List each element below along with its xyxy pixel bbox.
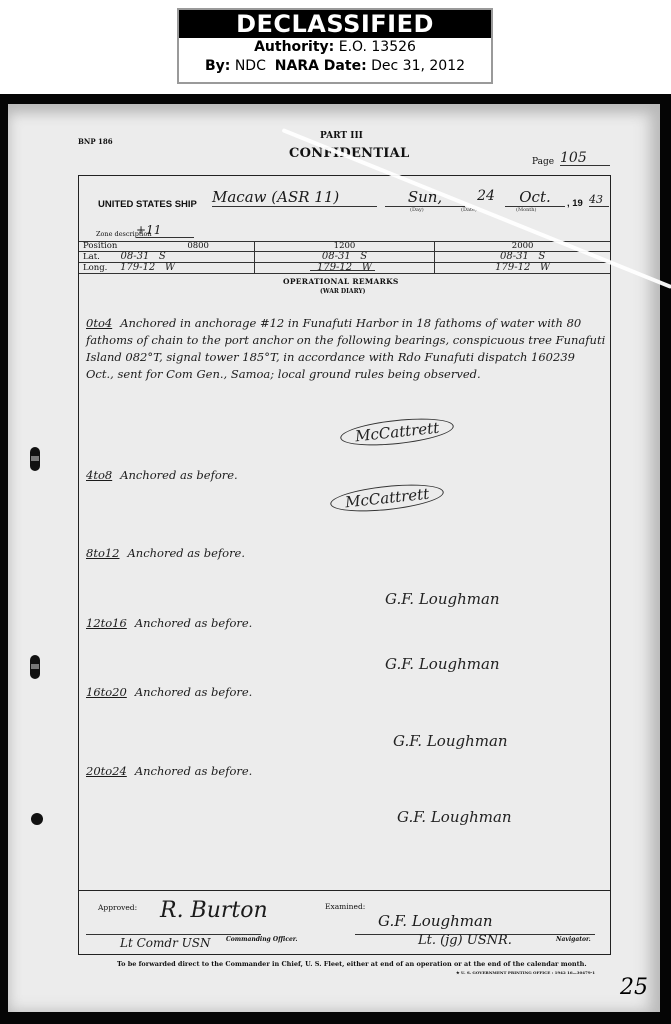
watch-period: 12to16	[86, 616, 127, 630]
long-2000: 179-12 W	[495, 262, 550, 273]
stamp-authority: Authority: E.O. 13526	[179, 38, 491, 57]
navigator-signature: G.F. Loughman	[378, 912, 493, 930]
footer-divider	[78, 890, 611, 891]
latitude-row: Lat. 08-31 S 08-31 S 08-31 S	[79, 252, 610, 263]
month-caption: (Month)	[516, 207, 536, 213]
commanding-officer-signature: R. Burton	[160, 898, 268, 923]
remark-text: Anchored as before.	[135, 764, 253, 778]
remark-text: Anchored as before.	[120, 468, 238, 482]
remarks-title: OPERATIONAL REMARKS	[283, 277, 399, 286]
remark-entry: 0to4Anchored in anchorage #12 in Funafut…	[86, 315, 606, 383]
position-label: Position	[83, 241, 117, 251]
zone-value: +11	[136, 223, 194, 238]
part-heading: PART III	[320, 131, 363, 141]
declassified-stamp: DECLASSIFIED Authority: E.O. 13526 By: N…	[177, 8, 493, 84]
remark-entry: 20to24Anchored as before.	[86, 763, 606, 780]
remark-entry: 16to20Anchored as before.	[86, 684, 606, 701]
archive-number: 25	[620, 975, 648, 1000]
signature: G.F. Loughman	[385, 655, 500, 673]
approved-label: Approved:	[98, 903, 137, 912]
signature: G.F. Loughman	[397, 808, 512, 826]
authority-value: E.O. 13526	[339, 39, 416, 55]
authority-label: Authority:	[254, 39, 334, 55]
remarks-subtitle: (WAR DIARY)	[320, 288, 366, 295]
punch-hole	[31, 813, 43, 825]
year-prefix: , 19	[567, 198, 583, 209]
lat-1200: 08-31 S	[322, 251, 367, 262]
co-signature-line	[86, 934, 261, 935]
stamp-title: DECLASSIFIED	[179, 10, 491, 38]
nara-date-label: NARA Date:	[275, 58, 367, 74]
punch-hole	[30, 447, 40, 471]
examined-label: Examined:	[325, 902, 365, 911]
remark-entry: 4to8Anchored as before.	[86, 467, 606, 484]
longitude-row: Long. 179-12 W 179-12 W 179-12 W	[79, 263, 610, 274]
stamp-by-date: By: NDC NARA Date: Dec 31, 2012	[179, 57, 491, 76]
long-0800: 179-12 W	[120, 262, 175, 273]
navigator-caption: Navigator.	[556, 936, 591, 943]
punch-hole	[30, 655, 40, 679]
commanding-officer-caption: Commanding Officer.	[226, 936, 297, 943]
remark-text: Anchored in anchorage #12 in Funafuti Ha…	[86, 316, 605, 381]
printing-office-note: ★ U. S. GOVERNMENT PRINTING OFFICE : 194…	[456, 970, 595, 975]
signature: G.F. Loughman	[393, 732, 508, 750]
lat-2000: 08-31 S	[500, 251, 545, 262]
ship-name: Macaw (ASR 11)	[212, 188, 377, 207]
long-1200: 179-12 W	[317, 262, 372, 273]
watch-period: 4to8	[86, 468, 112, 482]
day-caption: (Day)	[410, 207, 424, 213]
remark-entry: 8to12Anchored as before.	[86, 545, 606, 562]
commanding-officer-rank: Lt Comdr USN	[120, 936, 210, 950]
time-0800: 0800	[187, 241, 209, 251]
nara-date-value: Dec 31, 2012	[371, 58, 465, 74]
navigator-rank: Lt. (jg) USNR.	[418, 933, 512, 948]
divider	[310, 270, 375, 271]
date-value: 24	[466, 188, 506, 204]
watch-period: 0to4	[86, 316, 112, 330]
month-value: Oct.	[505, 188, 565, 207]
remark-text: Anchored as before.	[135, 616, 253, 630]
long-label: Long.	[83, 263, 107, 273]
position-header-row: Position0800 1200 2000	[79, 242, 610, 252]
remark-text: Anchored as before.	[128, 546, 246, 560]
lat-label: Lat.	[83, 252, 100, 262]
by-value: NDC	[235, 58, 266, 74]
form-id: BNP 186	[78, 137, 113, 146]
forwarding-note: To be forwarded direct to the Commander …	[117, 960, 587, 968]
time-1200: 1200	[254, 242, 435, 252]
watch-period: 8to12	[86, 546, 120, 560]
page-number: 105	[560, 151, 610, 166]
lat-0800: 08-31 S	[121, 251, 166, 262]
year-value: 43	[589, 193, 609, 207]
watch-period: 16to20	[86, 685, 127, 699]
watch-period: 20to24	[86, 764, 127, 778]
remark-text: Anchored as before.	[135, 685, 253, 699]
remark-entry: 12to16Anchored as before.	[86, 615, 606, 632]
page-label: Page	[532, 157, 554, 167]
signature: G.F. Loughman	[385, 590, 500, 608]
by-label: By:	[205, 58, 230, 74]
ship-label: UNITED STATES SHIP	[98, 199, 197, 210]
